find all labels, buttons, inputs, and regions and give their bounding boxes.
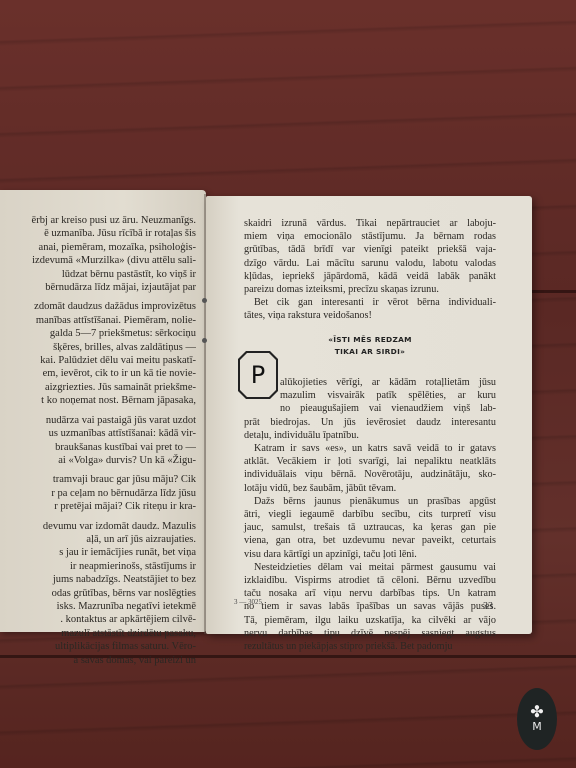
watermark-monogram: M	[532, 721, 542, 733]
left-page-text: ērbj ar kreiso pusi uz āru. Neuzmanīgs.ē…	[0, 214, 196, 667]
text-line: jums nabadzīgs. Neatstājiet to bez	[0, 573, 196, 586]
text-line: lotāju vidū, bez šaubām, jābūt tēvam.	[244, 482, 496, 495]
page-number: 33	[483, 601, 493, 612]
text-line: Nesteidzieties dēlam vai meitai pārmest …	[244, 561, 496, 574]
heading-line: «ĪSTI MĒS REDZAM	[244, 334, 496, 346]
text-line: šķēres, brilles, alvas zaldātiņus —	[0, 341, 196, 354]
text-line: ir neapmierinošs, stāstījums ir	[0, 560, 196, 573]
text-line: kai. Palūdziet dēlu vai meitu paskatī-	[0, 354, 196, 367]
text-line: aļā, un arī jūs aizraujaties.	[0, 533, 196, 546]
text-line: isks. Mazrunība negatīvi ietekmē	[0, 600, 196, 613]
text-line: kļūdas, iepriekš jāpārdomā, kādā veidā l…	[244, 270, 496, 283]
text-line: ai «Volga» durvis? Un kā «Žigu-	[0, 454, 196, 467]
text-line: detaļu, individuālu īpatnību.	[244, 429, 496, 442]
text-line: us uzmanības attīstīšanai: kādā vir-	[0, 427, 196, 440]
text-line: pareizu domas izteiksmi, precīzu skaņas …	[244, 283, 496, 296]
binding-staple	[202, 338, 207, 343]
text-line: devumu var izdomāt daudz. Mazulis	[0, 520, 196, 533]
text-line: a savas domas, vai pareizi un	[0, 654, 196, 667]
text-line: nervu darbības tipu dzīvē nespēj sasnieg…	[244, 627, 496, 640]
text-line: em, ievērot, cik to ir un kā tie novie-	[0, 367, 196, 380]
text-line: r pretējai mājai? Cik riteņu ir kra-	[0, 500, 196, 513]
text-line: izklaidību. Vispirms atrodiet tā cēloni.…	[244, 574, 496, 587]
text-line: ātri, viegli iegaumē darbību secību, cit…	[244, 508, 496, 521]
text-line: manības attīstīšanai. Piemēram, nolie-	[0, 314, 196, 327]
text-line: Tā, piemēram, ilgu laiku uzskatīja, ka c…	[244, 614, 496, 627]
text-line: mazulim visvairāk patīk spēlēties, ar ku…	[244, 389, 496, 402]
text-line: ultiplikācijas filmas saturu. Vēro-	[0, 640, 196, 653]
printer-signature-mark: 3 — 3025	[234, 598, 262, 606]
text-line: braukšanas kustībai vai pret to —	[0, 441, 196, 454]
text-line: no pieaugušajiem vai vienaudžiem viņš la…	[244, 402, 496, 415]
section-heading: «ĪSTI MĒS REDZAM TIKAI AR SIRDI»	[244, 334, 496, 358]
right-page-intro: skaidri izrunā vārdus. Tikai nepārtrauci…	[244, 217, 496, 323]
text-line: s jau ir iemācījies runāt, bet viņa	[0, 546, 196, 559]
text-line: jauc, samulst, trešais tā uztraucas, ka …	[244, 521, 496, 534]
text-line: Dažs bērns jaunus pienākumus un prasības…	[244, 495, 496, 508]
right-page-body: alūkojieties vērīgi, ar kādām rotaļlietā…	[244, 376, 496, 653]
text-line: galda 5—7 priekšmetus: sērkociņu	[0, 327, 196, 340]
text-line: mazulī atstāstīt dzirdētu pasaku,	[0, 627, 196, 640]
text-line: rezultātus un piekāpjas stiprо priekšā. …	[244, 640, 496, 653]
text-line: ē uzmanība. Jūsu rīcībā ir rotaļas šis	[0, 227, 196, 240]
book-gutter	[204, 194, 206, 634]
text-line: viena, gan otra, bet uzdevumu nevar pave…	[244, 534, 496, 547]
text-line: aizgriezties. Jūs samaināt priekšme-	[0, 381, 196, 394]
text-line: visu dara kārtīgi un apzinīgi, taču ļoti…	[244, 548, 496, 561]
text-line: anai, piemēram, mozaīka, psiholoģis-	[0, 241, 196, 254]
text-line: lūdzat bērnu pastāstīt, ko viņš ir	[0, 268, 196, 281]
text-line: taču nosaka arī viņu nervu darbības tips…	[244, 587, 496, 600]
text-line: alūkojieties vērīgi, ar kādām rotaļlietā…	[244, 376, 496, 389]
text-line: no tiem ir savas labās īpašības un savas…	[244, 600, 496, 613]
text-line: grūtības, tādā brīdī var vienīgi pateikt…	[244, 243, 496, 256]
text-line: t ko noņemat nost. Bērnam jāpasaka,	[0, 394, 196, 407]
text-line: nudārza vai pastaigā jūs varat uzdot	[0, 414, 196, 427]
text-line: izdevumā «Murzilka» (divu attēlu sali-	[0, 254, 196, 267]
text-line: Katram ir savs «es», un katrs savā veidā…	[244, 442, 496, 455]
text-line: tātes, viņa rakstura veidošanos!	[244, 309, 496, 322]
text-line: tramvaji brauc gar jūsu māju? Cik	[0, 473, 196, 486]
text-line: Bet cik gan interesanti ir vērot bērna i…	[244, 296, 496, 309]
watermark-badge: ✤ M	[517, 688, 557, 750]
text-line: bērnudārza līdz mājai, izjautājat par	[0, 281, 196, 294]
text-line: ērbj ar kreiso pusi uz āru. Neuzmanīgs.	[0, 214, 196, 227]
text-line: . kontaktus ar apkārtējiem cilvē-	[0, 613, 196, 626]
text-line: odas grūtības, bērns var noslēgties	[0, 587, 196, 600]
binding-staple	[202, 298, 207, 303]
text-line: zdomāt daudzus dažādus improvizētus	[0, 300, 196, 313]
flower-monogram-icon: ✤	[530, 705, 543, 721]
text-line: individuālais viņu bērnā. Novērotāju, au…	[244, 468, 496, 481]
text-line: prāt biedrojas. Un jūs ievērosiet daudz …	[244, 416, 496, 429]
text-line: dzīgo vārdu. Lai mācītu sarunu valodu, l…	[244, 257, 496, 270]
text-line: miem viņa emocionālo stāstījumu. Ja bērn…	[244, 230, 496, 243]
heading-line: TIKAI AR SIRDI»	[244, 346, 496, 358]
text-line: atklāt. Vecākiem ir ļoti svarīgi, lai ne…	[244, 455, 496, 468]
text-line: skaidri izrunā vārdus. Tikai nepārtrauci…	[244, 217, 496, 230]
text-line: r pa ceļam no bērnudārza līdz jūsu	[0, 487, 196, 500]
